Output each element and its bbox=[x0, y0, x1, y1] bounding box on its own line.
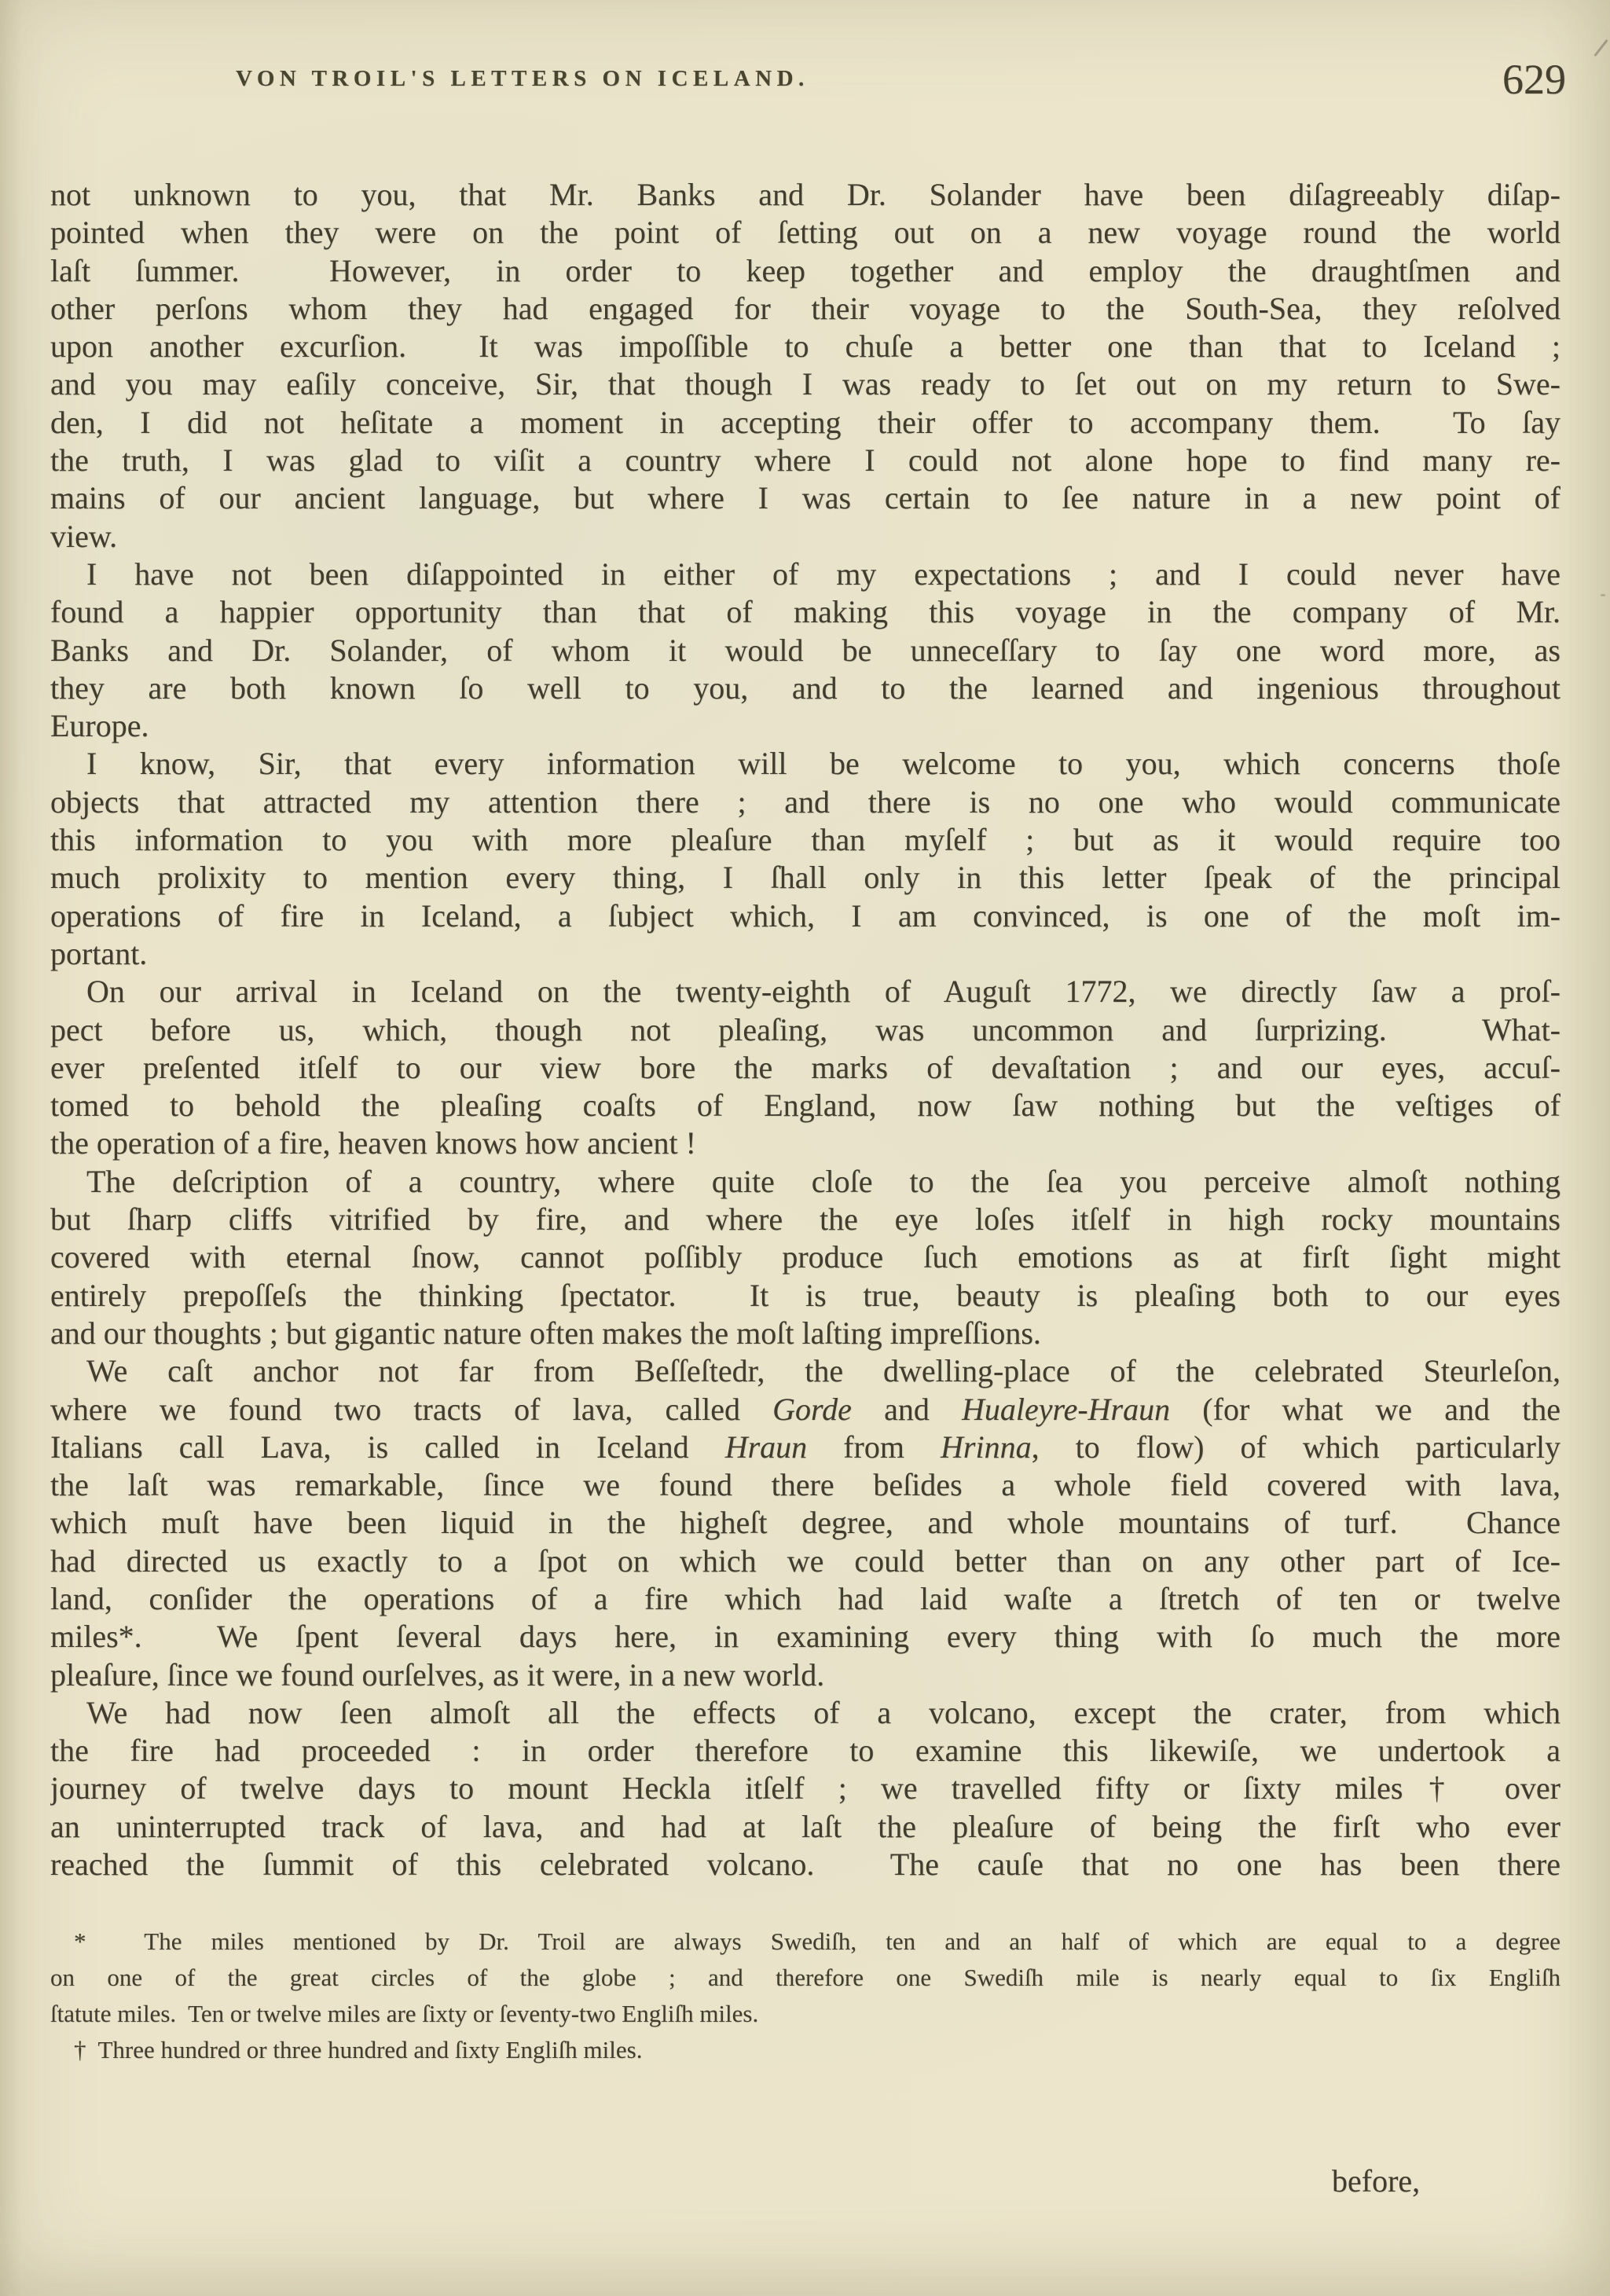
text-line: I have not been diſappointed in either o… bbox=[50, 556, 1560, 593]
text-line: the truth, I was glad to viſit a country… bbox=[50, 442, 1560, 479]
text-line: pointed when they were on the point of ſ… bbox=[50, 214, 1560, 251]
text-line: but ſharp cliffs vitrified by fire, and … bbox=[50, 1201, 1560, 1238]
text-line: ever preſented itſelf to our view bore t… bbox=[50, 1049, 1560, 1087]
text-line: upon another excurſion. It was impoſſibl… bbox=[50, 328, 1560, 365]
text-line: which muſt have been liquid in the highe… bbox=[50, 1504, 1560, 1542]
text-line: the operation of a fire, heaven knows ho… bbox=[50, 1124, 1560, 1162]
page-number: 629 bbox=[1502, 55, 1566, 104]
text-line: On our arrival in Iceland on the twenty-… bbox=[50, 973, 1560, 1010]
footnotes: * The miles mentioned by Dr. Troil are a… bbox=[50, 1924, 1560, 2068]
text-line: Italians call Lava, is called in Iceland… bbox=[50, 1429, 1560, 1466]
text-line: The deſcription of a country, where quit… bbox=[50, 1163, 1560, 1201]
text-line: had directed us exactly to a ſpot on whi… bbox=[50, 1542, 1560, 1580]
text-line: the laſt was remarkable, ſince we found … bbox=[50, 1466, 1560, 1504]
text-line: the fire had proceeded : in order theref… bbox=[50, 1732, 1560, 1770]
text-line: entirely prepoſſeſs the thinking ſpectat… bbox=[50, 1277, 1560, 1315]
text-line: Europe. bbox=[50, 707, 1560, 745]
body-text: not unknown to you, that Mr. Banks and D… bbox=[50, 176, 1560, 1883]
text-line: an uninterrupted track of lava, and had … bbox=[50, 1808, 1560, 1846]
footnote-line: * The miles mentioned by Dr. Troil are a… bbox=[50, 1924, 1560, 1960]
text-line: this information to you with more pleaſu… bbox=[50, 821, 1560, 859]
text-line: journey of twelve days to mount Heckla i… bbox=[50, 1770, 1560, 1807]
text-line: where we found two tracts of lava, calle… bbox=[50, 1391, 1560, 1429]
text-line: not unknown to you, that Mr. Banks and D… bbox=[50, 176, 1560, 214]
text-line: land, conſider the operations of a fire … bbox=[50, 1580, 1560, 1618]
text-line: We had now ſeen almoſt all the effects o… bbox=[50, 1694, 1560, 1732]
text-line: reached the ſummit of this celebrated vo… bbox=[50, 1846, 1560, 1883]
text-line: We caſt anchor not far from Beſſeſtedr, … bbox=[50, 1352, 1560, 1390]
text-line: I know, Sir, that every information will… bbox=[50, 745, 1560, 783]
text-line: mains of our ancient language, but where… bbox=[50, 479, 1560, 517]
text-line: portant. bbox=[50, 935, 1560, 973]
pen-mark bbox=[1593, 39, 1608, 57]
text-line: miles*. We ſpent ſeveral days here, in e… bbox=[50, 1618, 1560, 1656]
footnote-line: † Three hundred or three hundred and ſix… bbox=[50, 2032, 1560, 2068]
text-line: tomed to behold the pleaſing coaſts of E… bbox=[50, 1087, 1560, 1124]
book-page: VON TROIL'S LETTERS ON ICELAND. 629 not … bbox=[0, 0, 1610, 2296]
text-line: pect before us, which, though not pleaſi… bbox=[50, 1011, 1560, 1049]
running-header-title: VON TROIL'S LETTERS ON ICELAND. bbox=[236, 66, 809, 92]
footnote-line: ſtatute miles. Ten or twelve miles are ſ… bbox=[50, 1996, 1560, 2032]
text-line: and you may eaſily conceive, Sir, that t… bbox=[50, 365, 1560, 403]
text-line: and our thoughts ; but gigantic nature o… bbox=[50, 1315, 1560, 1352]
text-line: Banks and Dr. Solander, of whom it would… bbox=[50, 632, 1560, 669]
text-line: much prolixity to mention every thing, I… bbox=[50, 859, 1560, 897]
text-line: pleaſure, ſince we found ourſelves, as i… bbox=[50, 1656, 1560, 1694]
text-line: operations of fire in Iceland, a ſubject… bbox=[50, 897, 1560, 935]
footnote-line: on one of the great circles of the globe… bbox=[50, 1960, 1560, 1996]
text-line: other perſons whom they had engaged for … bbox=[50, 290, 1560, 328]
text-line: covered with eternal ſnow, cannot poſſib… bbox=[50, 1238, 1560, 1276]
text-line: den, I did not heſitate a moment in acce… bbox=[50, 404, 1560, 442]
text-line: laſt ſummer. However, in order to keep t… bbox=[50, 252, 1560, 290]
text-line: objects that attracted my attention ther… bbox=[50, 783, 1560, 821]
text-line: found a happier opportunity than that of… bbox=[50, 593, 1560, 631]
text-line: view. bbox=[50, 518, 1560, 556]
text-line: they are both known ſo well to you, and … bbox=[50, 669, 1560, 707]
catchword: before, bbox=[1332, 2162, 1420, 2199]
margin-speck bbox=[1601, 594, 1605, 596]
